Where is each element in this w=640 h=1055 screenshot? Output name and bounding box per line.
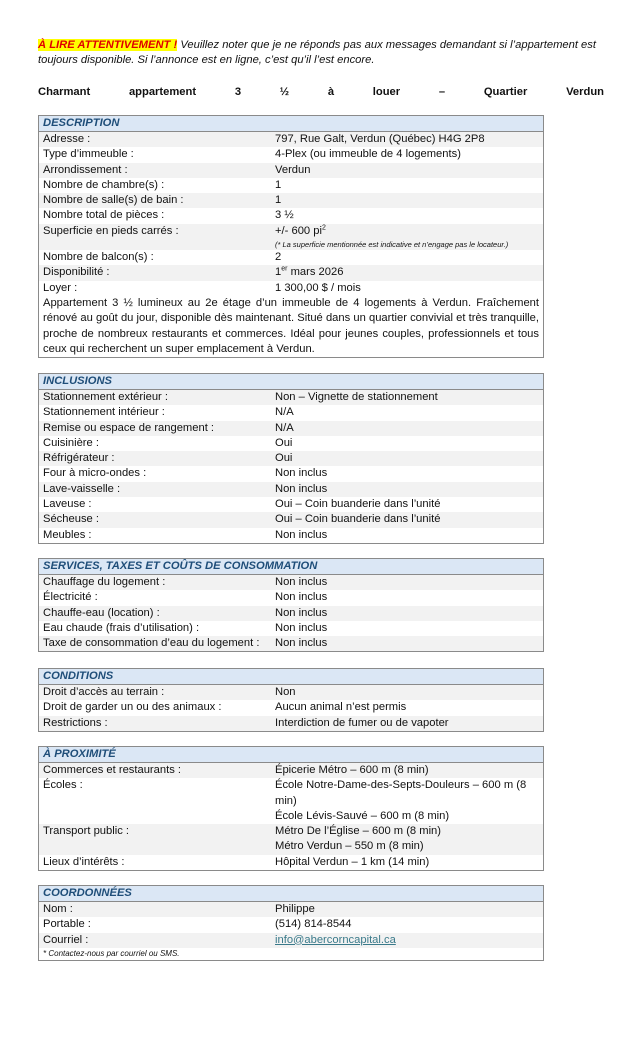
table-row: Nom :Philippe [39, 902, 543, 917]
table-row: Arrondissement :Verdun [39, 163, 543, 178]
row-value: Oui [275, 436, 539, 451]
table-row: Cuisinière :Oui [39, 436, 543, 451]
table-row: Nombre total de pièces :3 ½ [39, 208, 543, 223]
table-row: Remise ou espace de rangement :N/A [39, 421, 543, 436]
row-label: Droit de garder un ou des animaux : [43, 700, 275, 715]
email-link[interactable]: info@abercorncapital.ca [275, 934, 396, 946]
row-label: Transport public : [43, 824, 275, 855]
row-value: Non inclus [275, 482, 539, 497]
row-label: Sécheuse : [43, 512, 275, 527]
coordonnees-header: COORDONNÉES [39, 886, 543, 902]
table-row: Portable :(514) 814-8544 [39, 917, 543, 932]
table-row: Taxe de consommation d’eau du logement :… [39, 636, 543, 651]
row-label: Stationnement extérieur : [43, 390, 275, 405]
table-row: Type d’immeuble :4-Plex (ou immeuble de … [39, 147, 543, 162]
title-word: louer [373, 85, 400, 100]
row-value: Non inclus [275, 466, 539, 481]
row-value: 1 [275, 193, 539, 208]
row-label: Restrictions : [43, 716, 275, 731]
title-word: – [439, 85, 445, 100]
title-word: 3 [235, 85, 241, 100]
row-value: Non inclus [275, 636, 539, 651]
row-value: Aucun animal n’est permis [275, 700, 539, 715]
row-value: Philippe [275, 902, 539, 917]
row-label: Courriel : [43, 933, 275, 948]
row-value: Non inclus [275, 606, 539, 621]
document-page: À LIRE ATTENTIVEMENT ! Veuillez noter qu… [38, 38, 604, 100]
row-value: N/A [275, 405, 539, 420]
row-label: Portable : [43, 917, 275, 932]
row-value: Non inclus [275, 575, 539, 590]
contact-footnote: * Contactez-nous par courriel ou SMS. [39, 948, 543, 960]
notice-paragraph: À LIRE ATTENTIVEMENT ! Veuillez noter qu… [38, 38, 604, 68]
row-label: Nombre de balcon(s) : [43, 250, 275, 265]
table-row: Réfrigérateur :Oui [39, 451, 543, 466]
table-row: Loyer :1 300,00 $ / mois [39, 281, 543, 296]
table-row: Écoles :École Notre-Dame-des-Septs-Doule… [39, 778, 543, 824]
row-value: École Notre-Dame-des-Septs-Douleurs – 60… [275, 778, 539, 824]
services-rows: Chauffage du logement :Non inclusÉlectri… [39, 575, 543, 651]
conditions-rows: Droit d’accès au terrain :NonDroit de ga… [39, 685, 543, 731]
row-value: Non inclus [275, 621, 539, 636]
description-header: DESCRIPTION [39, 116, 543, 132]
title-word: ½ [280, 85, 289, 100]
proximite-header: À PROXIMITÉ [39, 747, 543, 763]
conditions-header: CONDITIONS [39, 669, 543, 685]
table-row: Sécheuse :Oui – Coin buanderie dans l’un… [39, 512, 543, 527]
table-row: Courriel :info@abercorncapital.ca [39, 933, 543, 948]
row-value: info@abercorncapital.ca [275, 933, 539, 948]
row-label: Eau chaude (frais d’utilisation) : [43, 621, 275, 636]
row-label: Four à micro-ondes : [43, 466, 275, 481]
row-label: Réfrigérateur : [43, 451, 275, 466]
table-row: Laveuse :Oui – Coin buanderie dans l’uni… [39, 497, 543, 512]
row-value: Verdun [275, 163, 539, 178]
row-value: (514) 814-8544 [275, 917, 539, 932]
row-label: Superficie en pieds carrés : [43, 224, 275, 250]
row-label: Arrondissement : [43, 163, 275, 178]
notice-highlight: À LIRE ATTENTIVEMENT ! [38, 39, 177, 51]
row-label: Droit d’accès au terrain : [43, 685, 275, 700]
row-label: Chauffe-eau (location) : [43, 606, 275, 621]
row-label: Stationnement intérieur : [43, 405, 275, 420]
row-label: Remise ou espace de rangement : [43, 421, 275, 436]
table-row: Nombre de salle(s) de bain :1 [39, 193, 543, 208]
row-value: +/- 600 pi2(* La superficie mentionnée e… [275, 224, 539, 250]
row-label: Lave-vaisselle : [43, 482, 275, 497]
coordonnees-rows: Nom :PhilippePortable :(514) 814-8544Cou… [39, 902, 543, 948]
row-value: 3 ½ [275, 208, 539, 223]
row-value: N/A [275, 421, 539, 436]
row-value: Oui [275, 451, 539, 466]
row-label: Cuisinière : [43, 436, 275, 451]
table-row: Commerces et restaurants :Épicerie Métro… [39, 763, 543, 778]
row-value: Oui – Coin buanderie dans l’unité [275, 497, 539, 512]
listing-title: Charmantappartement3½àlouer–QuartierVerd… [38, 85, 604, 100]
table-row: Stationnement extérieur :Non – Vignette … [39, 390, 543, 405]
services-section: SERVICES, TAXES ET COÛTS DE CONSOMMATION… [38, 558, 544, 652]
table-row: Nombre de balcon(s) :2 [39, 250, 543, 265]
row-note: (* La superficie mentionnée est indicati… [275, 239, 539, 250]
table-row: Four à micro-ondes :Non inclus [39, 466, 543, 481]
table-row: Stationnement intérieur :N/A [39, 405, 543, 420]
table-row: Transport public :Métro De l’Église – 60… [39, 824, 543, 855]
row-value: Non inclus [275, 590, 539, 605]
title-word: Verdun [566, 85, 604, 100]
table-row: Électricité :Non inclus [39, 590, 543, 605]
row-label: Disponibilité : [43, 265, 275, 280]
services-header: SERVICES, TAXES ET COÛTS DE CONSOMMATION [39, 559, 543, 575]
row-label: Lieux d’intérêts : [43, 855, 275, 870]
row-label: Loyer : [43, 281, 275, 296]
row-label: Taxe de consommation d’eau du logement : [43, 636, 275, 651]
table-row: Restrictions :Interdiction de fumer ou d… [39, 716, 543, 731]
title-word: à [328, 85, 334, 100]
title-word: appartement [129, 85, 196, 100]
table-row: Disponibilité :1er mars 2026 [39, 265, 543, 280]
inclusions-rows: Stationnement extérieur :Non – Vignette … [39, 390, 543, 543]
inclusions-section: INCLUSIONSStationnement extérieur :Non –… [38, 373, 544, 544]
row-value: Non – Vignette de stationnement [275, 390, 539, 405]
table-row: Adresse :797, Rue Galt, Verdun (Québec) … [39, 132, 543, 147]
inclusions-header: INCLUSIONS [39, 374, 543, 390]
row-label: Meubles : [43, 528, 275, 543]
title-word: Quartier [484, 85, 528, 100]
row-value: Non [275, 685, 539, 700]
row-label: Laveuse : [43, 497, 275, 512]
row-label: Écoles : [43, 778, 275, 824]
row-value: Oui – Coin buanderie dans l’unité [275, 512, 539, 527]
table-row: Meubles :Non inclus [39, 528, 543, 543]
description-paragraph: Appartement 3 ½ lumineux au 2e étage d’u… [39, 296, 543, 357]
description-section: DESCRIPTIONAdresse :797, Rue Galt, Verdu… [38, 115, 544, 358]
table-row: Droit de garder un ou des animaux :Aucun… [39, 700, 543, 715]
title-word: Charmant [38, 85, 90, 100]
table-row: Lieux d’intérêts :Hôpital Verdun – 1 km … [39, 855, 543, 870]
row-value: 1 300,00 $ / mois [275, 281, 539, 296]
row-value: Non inclus [275, 528, 539, 543]
table-row: Superficie en pieds carrés :+/- 600 pi2(… [39, 224, 543, 250]
table-row: Nombre de chambre(s) :1 [39, 178, 543, 193]
row-label: Nombre total de pièces : [43, 208, 275, 223]
row-value: Métro De l’Église – 600 m (8 min)Métro V… [275, 824, 539, 855]
proximite-rows: Commerces et restaurants :Épicerie Métro… [39, 763, 543, 870]
table-row: Lave-vaisselle :Non inclus [39, 482, 543, 497]
row-value: Interdiction de fumer ou de vapoter [275, 716, 539, 731]
row-label: Nom : [43, 902, 275, 917]
table-row: Droit d’accès au terrain :Non [39, 685, 543, 700]
row-label: Commerces et restaurants : [43, 763, 275, 778]
table-row: Chauffage du logement :Non inclus [39, 575, 543, 590]
description-rows: Adresse :797, Rue Galt, Verdun (Québec) … [39, 132, 543, 296]
row-value: 4-Plex (ou immeuble de 4 logements) [275, 147, 539, 162]
coordonnees-section: COORDONNÉESNom :PhilippePortable :(514) … [38, 885, 544, 961]
row-label: Adresse : [43, 132, 275, 147]
row-label: Type d’immeuble : [43, 147, 275, 162]
row-label: Électricité : [43, 590, 275, 605]
row-label: Nombre de chambre(s) : [43, 178, 275, 193]
row-value: 1 [275, 178, 539, 193]
table-row: Chauffe-eau (location) :Non inclus [39, 606, 543, 621]
row-value: 2 [275, 250, 539, 265]
row-value: 797, Rue Galt, Verdun (Québec) H4G 2P8 [275, 132, 539, 147]
row-value: Hôpital Verdun – 1 km (14 min) [275, 855, 539, 870]
conditions-section: CONDITIONSDroit d’accès au terrain :NonD… [38, 668, 544, 732]
row-value: Épicerie Métro – 600 m (8 min) [275, 763, 539, 778]
row-label: Chauffage du logement : [43, 575, 275, 590]
row-value: 1er mars 2026 [275, 265, 539, 280]
table-row: Eau chaude (frais d’utilisation) :Non in… [39, 621, 543, 636]
row-label: Nombre de salle(s) de bain : [43, 193, 275, 208]
proximite-section: À PROXIMITÉCommerces et restaurants :Épi… [38, 746, 544, 871]
